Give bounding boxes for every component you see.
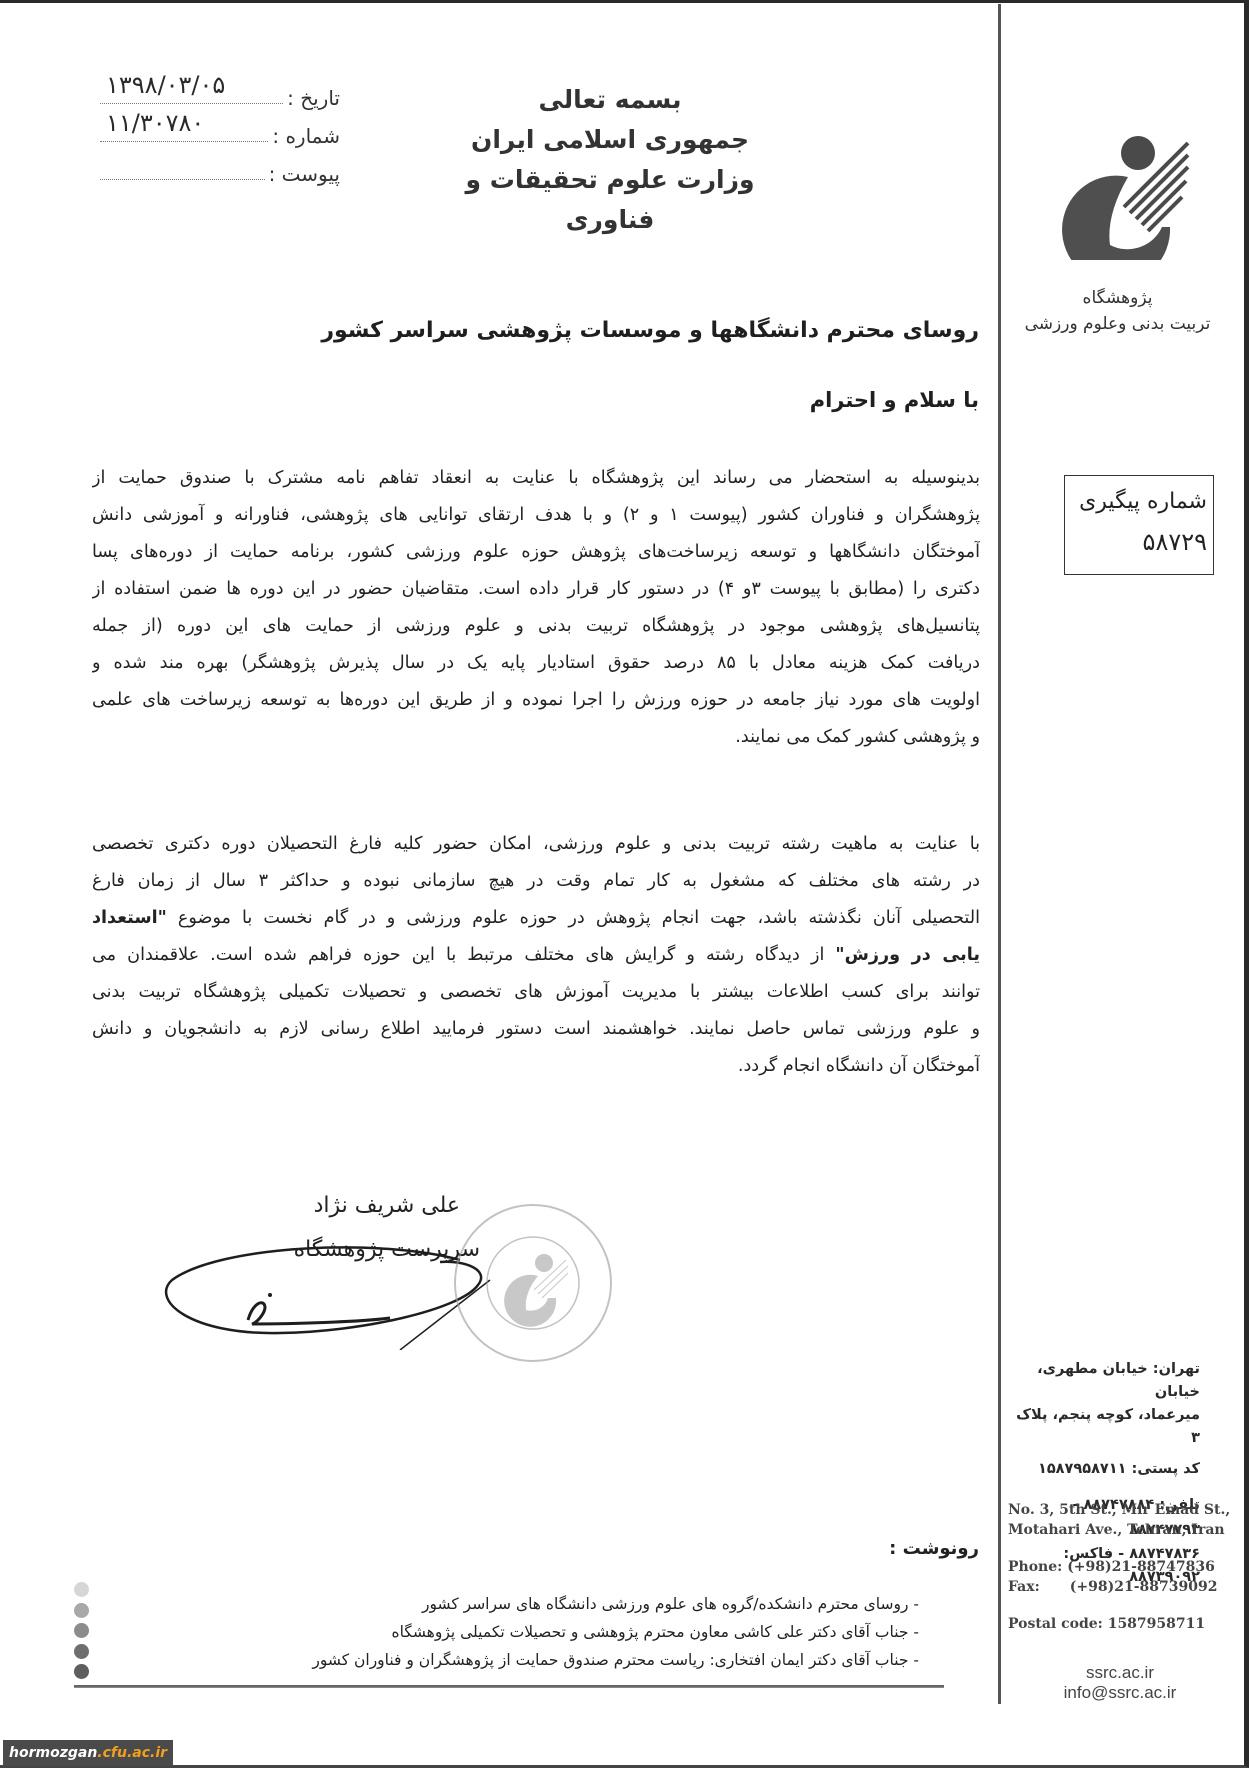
- number-label: شماره :: [268, 124, 340, 148]
- country-name: جمهوری اسلامی ایران: [420, 120, 800, 160]
- invocation: بسمه تعالی: [420, 80, 800, 120]
- website-link[interactable]: ssrc.ac.ir: [1010, 1663, 1230, 1683]
- date-label: تاریخ :: [283, 86, 340, 110]
- cc-list: - روسای محترم دانشکده/گروه های علوم ورزش…: [312, 1590, 919, 1674]
- paragraph-line: و پژوهشی کشور کمک می نمایند.: [92, 719, 980, 756]
- body-paragraph-1: بدینوسیله به استحضار می رساند این پژوهشگ…: [92, 460, 980, 756]
- contact-web: ssrc.ac.ir info@ssrc.ac.ir: [1010, 1663, 1230, 1703]
- dot-icon: [74, 1664, 89, 1679]
- address-line1: تهران: خیابان مطهری، خیابان: [1005, 1358, 1200, 1404]
- organization-line2: تربیت بدنی وعلوم ورزشی: [1005, 311, 1230, 337]
- postal-code-en: Postal code: 1587958711: [1008, 1614, 1238, 1634]
- official-stamp-icon: [448, 1198, 618, 1368]
- email-link[interactable]: info@ssrc.ac.ir: [1010, 1683, 1230, 1703]
- organization-line1: پژوهشگاه: [1005, 285, 1230, 311]
- phone-en: Phone: (+98)21-88747836: [1008, 1557, 1238, 1577]
- tracking-label: شماره پیگیری: [1071, 482, 1207, 522]
- date-value: ۱۳۹۸/۰۳/۰۵: [106, 71, 225, 99]
- cc-item: - جناب آقای دکتر علی کاشی معاون محترم پژ…: [312, 1618, 919, 1646]
- cc-item: - جناب آقای دکتر ایمان افتخاری: ریاست مح…: [312, 1646, 919, 1674]
- sidebar-divider: [998, 4, 1001, 1704]
- address-en-line1: No. 3, 5th St., Mir Emad St.,: [1008, 1500, 1238, 1520]
- paragraph-line: التحصیلی آنان نگذشته باشد، جهت انجام پژو…: [92, 900, 980, 937]
- signer-name: علی شریف نژاد: [290, 1193, 460, 1218]
- paragraph-line: اولویت های مورد نیاز جامعه در حوزه ورزش …: [92, 682, 980, 719]
- topic-highlight: یابی در ورزش": [835, 945, 980, 965]
- topic-highlight: "استعداد: [92, 908, 167, 928]
- cc-item: - روسای محترم دانشکده/گروه های علوم ورزش…: [312, 1590, 919, 1618]
- paragraph-line: و علوم ورزشی تماس حاصل نمایند. خواهشمند …: [92, 1011, 980, 1048]
- paragraph-line: پتانسیل‌های پژوهشی موجود در پژوهشگاه ترب…: [92, 608, 980, 645]
- fax-en: Fax:(+98)21-88739092: [1008, 1577, 1238, 1597]
- footer-rule: [74, 1685, 944, 1688]
- postal-code-fa: کد پستی: ۱۵۸۷۹۵۸۷۱۱: [1005, 1458, 1200, 1481]
- tracking-number-box: شماره پیگیری ۵۸۷۲۹: [1064, 475, 1214, 575]
- letter-meta: تاریخ : ۱۳۹۸/۰۳/۰۵ شماره : ۱۱/۳۰۷۸۰ پیوس…: [100, 72, 340, 186]
- paragraph-line: آموختگان دانشگاهها و توسعه زیرساخت‌های پ…: [92, 534, 980, 571]
- decorative-dots: [74, 1582, 90, 1685]
- paragraph-line: آموختگان آن دانشگاه انجام گردد.: [92, 1048, 980, 1085]
- dot-icon: [74, 1603, 89, 1618]
- attachment-row: پیوست :: [100, 148, 340, 186]
- tracking-value: ۵۸۷۲۹: [1071, 522, 1207, 562]
- dot-icon: [74, 1644, 89, 1659]
- dot-icon: [74, 1623, 89, 1638]
- paragraph-line: بدینوسیله به استحضار می رساند این پژوهشگ…: [92, 460, 980, 497]
- addressee: روسای محترم دانشگاهها و موسسات پژوهشی سر…: [321, 318, 979, 343]
- paragraph-line: پژوهشگران و فناوران کشور (پیوست ۱ و ۲) و…: [92, 497, 980, 534]
- address-en-line2: Motahari Ave., Tehran, Iran: [1008, 1520, 1238, 1540]
- dot-icon: [74, 1582, 89, 1597]
- greeting: با سلام و احترام: [810, 388, 979, 412]
- cc-title: رونوشت :: [889, 1538, 979, 1559]
- paragraph-line: در رشته های مختلف که مشغول به کار تمام و…: [92, 863, 980, 900]
- paragraph-line: توانند برای کسب اطلاعات بیشتر با مدیریت …: [92, 974, 980, 1011]
- site-watermark: hormozgan.cfu.ac.ir: [3, 1740, 173, 1766]
- paragraph-line: دکتری را (مطابق با پیوست ۳و ۴) در دستور …: [92, 571, 980, 608]
- paragraph-line: با عنایت به ماهیت رشته تربیت بدنی و علوم…: [92, 826, 980, 863]
- paragraph-line: یابی در ورزش" از دیدگاه رشته و گرایش های…: [92, 937, 980, 974]
- ministry-name: وزارت علوم تحقیقات و فناوری: [420, 160, 800, 240]
- letterhead-titles: بسمه تعالی جمهوری اسلامی ایران وزارت علو…: [420, 80, 800, 240]
- body-paragraph-2: با عنایت به ماهیت رشته تربیت بدنی و علوم…: [92, 826, 980, 1085]
- institute-logo-icon: [1050, 115, 1190, 260]
- organization-name: پژوهشگاه تربیت بدنی وعلوم ورزشی: [1005, 285, 1230, 337]
- address-line2: میرعماد، کوچه پنجم، پلاک ۳: [1005, 1404, 1200, 1450]
- number-value: ۱۱/۳۰۷۸۰: [106, 109, 204, 137]
- contact-english: No. 3, 5th St., Mir Emad St., Motahari A…: [1008, 1500, 1238, 1634]
- paragraph-line: دریافت کمک هزینه معادل با ۸۵ درصد حقوق ا…: [92, 645, 980, 682]
- attachment-label: پیوست :: [265, 162, 340, 186]
